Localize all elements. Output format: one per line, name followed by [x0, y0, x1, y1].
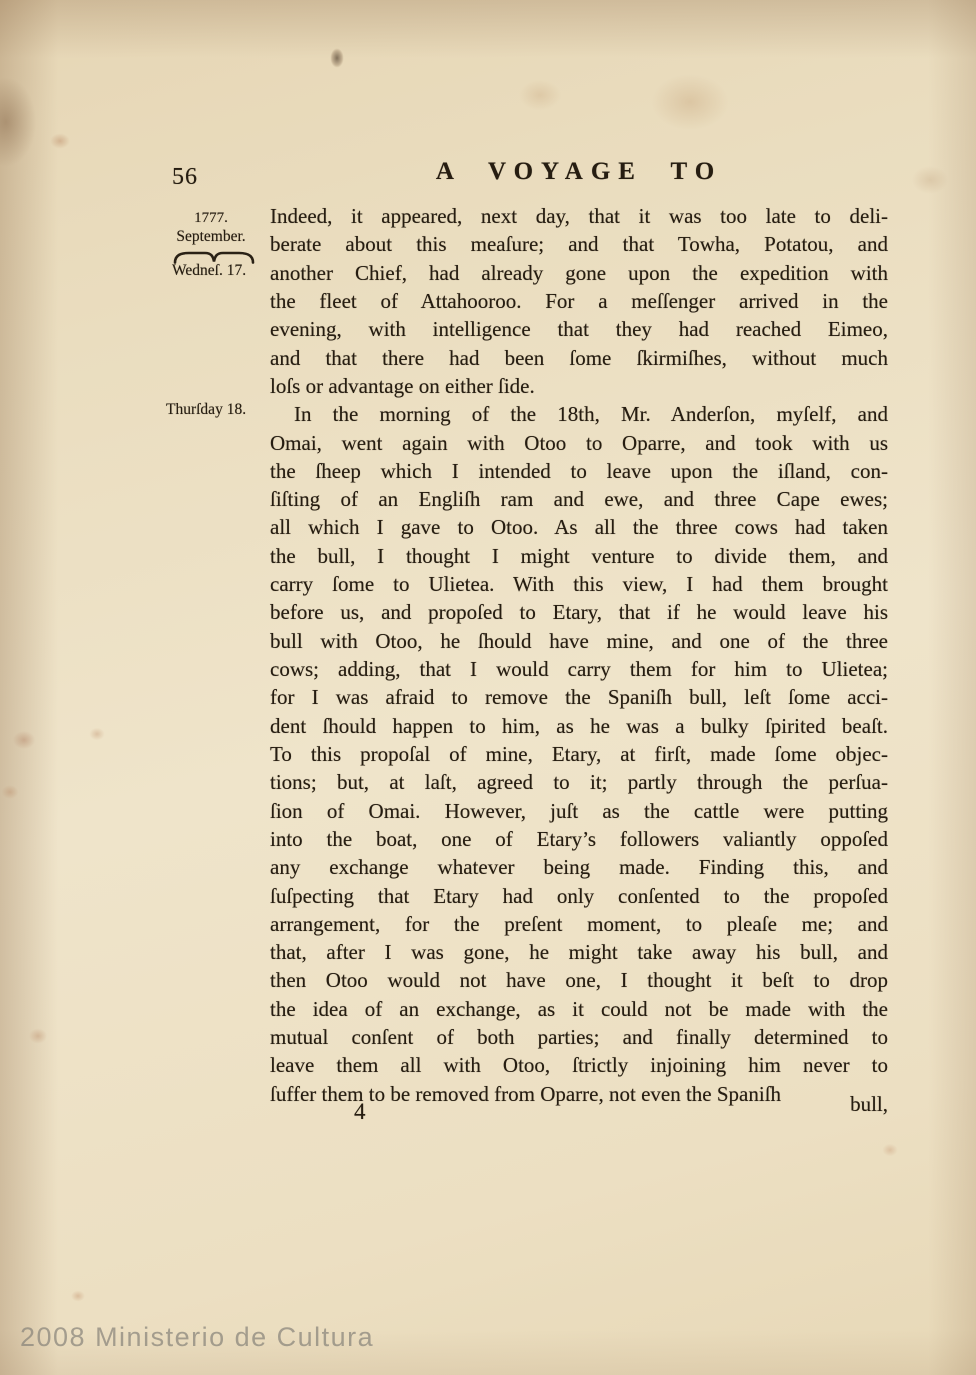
margin-note-thursday: Thurſday 18.	[166, 401, 246, 419]
text-line: the idea of an exchange, as it could not…	[270, 995, 888, 1023]
text-line: Omai, went again with Otoo to Oparre, an…	[270, 429, 888, 457]
text-line: leave them all with Otoo, ſtrictly injoi…	[270, 1051, 888, 1079]
text-line: all which I gave to Otoo. As all the thr…	[270, 513, 888, 541]
text-line: To this propoſal of mine, Etary, at firſ…	[270, 740, 888, 768]
text-line: any exchange whatever being made. Findin…	[270, 853, 888, 881]
text-line: another Chief, had already gone upon the…	[270, 259, 888, 287]
text-line: ſion of Omai. However, juſt as the cattl…	[270, 797, 888, 825]
text-line: loſs or advantage on either ſide.	[270, 372, 888, 400]
text-line: and that there had been ſome ſkirmiſhes,…	[270, 344, 888, 372]
text-line: into the boat, one of Etary’s followers …	[270, 825, 888, 853]
text-line: carry ſome to Ulietea. With this view, I…	[270, 570, 888, 598]
watermark: 2008 Ministerio de Cultura	[20, 1322, 374, 1353]
text-line: that, after I was gone, he might take aw…	[270, 938, 888, 966]
text-line: before us, and propoſed to Etary, that i…	[270, 598, 888, 626]
page-number: 56	[172, 164, 198, 191]
text-line: evening, with intelligence that they had…	[270, 315, 888, 343]
margin-note-month: September.	[163, 228, 259, 246]
text-line: the fleet of Attahooroo. For a meſſenger…	[270, 287, 888, 315]
text-line: ſiſting of an Engliſh ram and ewe, and t…	[270, 485, 888, 513]
body-text: Indeed, it appeared, next day, that it w…	[270, 202, 888, 1108]
margin-note-wednesday: Wedneſ. 17.	[172, 262, 246, 280]
text-line: arrangement, for the preſent moment, to …	[270, 910, 888, 938]
text-line: Indeed, it appeared, next day, that it w…	[270, 202, 888, 230]
catchword: bull,	[270, 1092, 888, 1117]
text-line: cows; adding, that I would carry them fo…	[270, 655, 888, 683]
text-line: berate about this meaſure; and that Towh…	[270, 230, 888, 258]
text-line: mutual conſent of both parties; and fina…	[270, 1023, 888, 1051]
text-line: bull with Otoo, he ſhould have mine, and…	[270, 627, 888, 655]
text-line: tions; but, at laſt, agreed to it; partl…	[270, 768, 888, 796]
text-line: for I was afraid to remove the Spaniſh b…	[270, 683, 888, 711]
book-page-scan: 56 A VOYAGE TO 1777. September. Wedneſ. …	[0, 0, 976, 1375]
running-title: A VOYAGE TO	[270, 158, 888, 186]
text-line: the ſheep which I intended to leave upon…	[270, 457, 888, 485]
text-line: the bull, I thought I might venture to d…	[270, 542, 888, 570]
text-line: dent ſhould happen to him, as he was a b…	[270, 712, 888, 740]
text-line: then Otoo would not have one, I thought …	[270, 966, 888, 994]
text-line: In the morning of the 18th, Mr. Anderſon…	[270, 400, 888, 428]
text-line: ſuſpecting that Etary had only conſented…	[270, 882, 888, 910]
margin-note-year: 1777.	[163, 210, 259, 227]
